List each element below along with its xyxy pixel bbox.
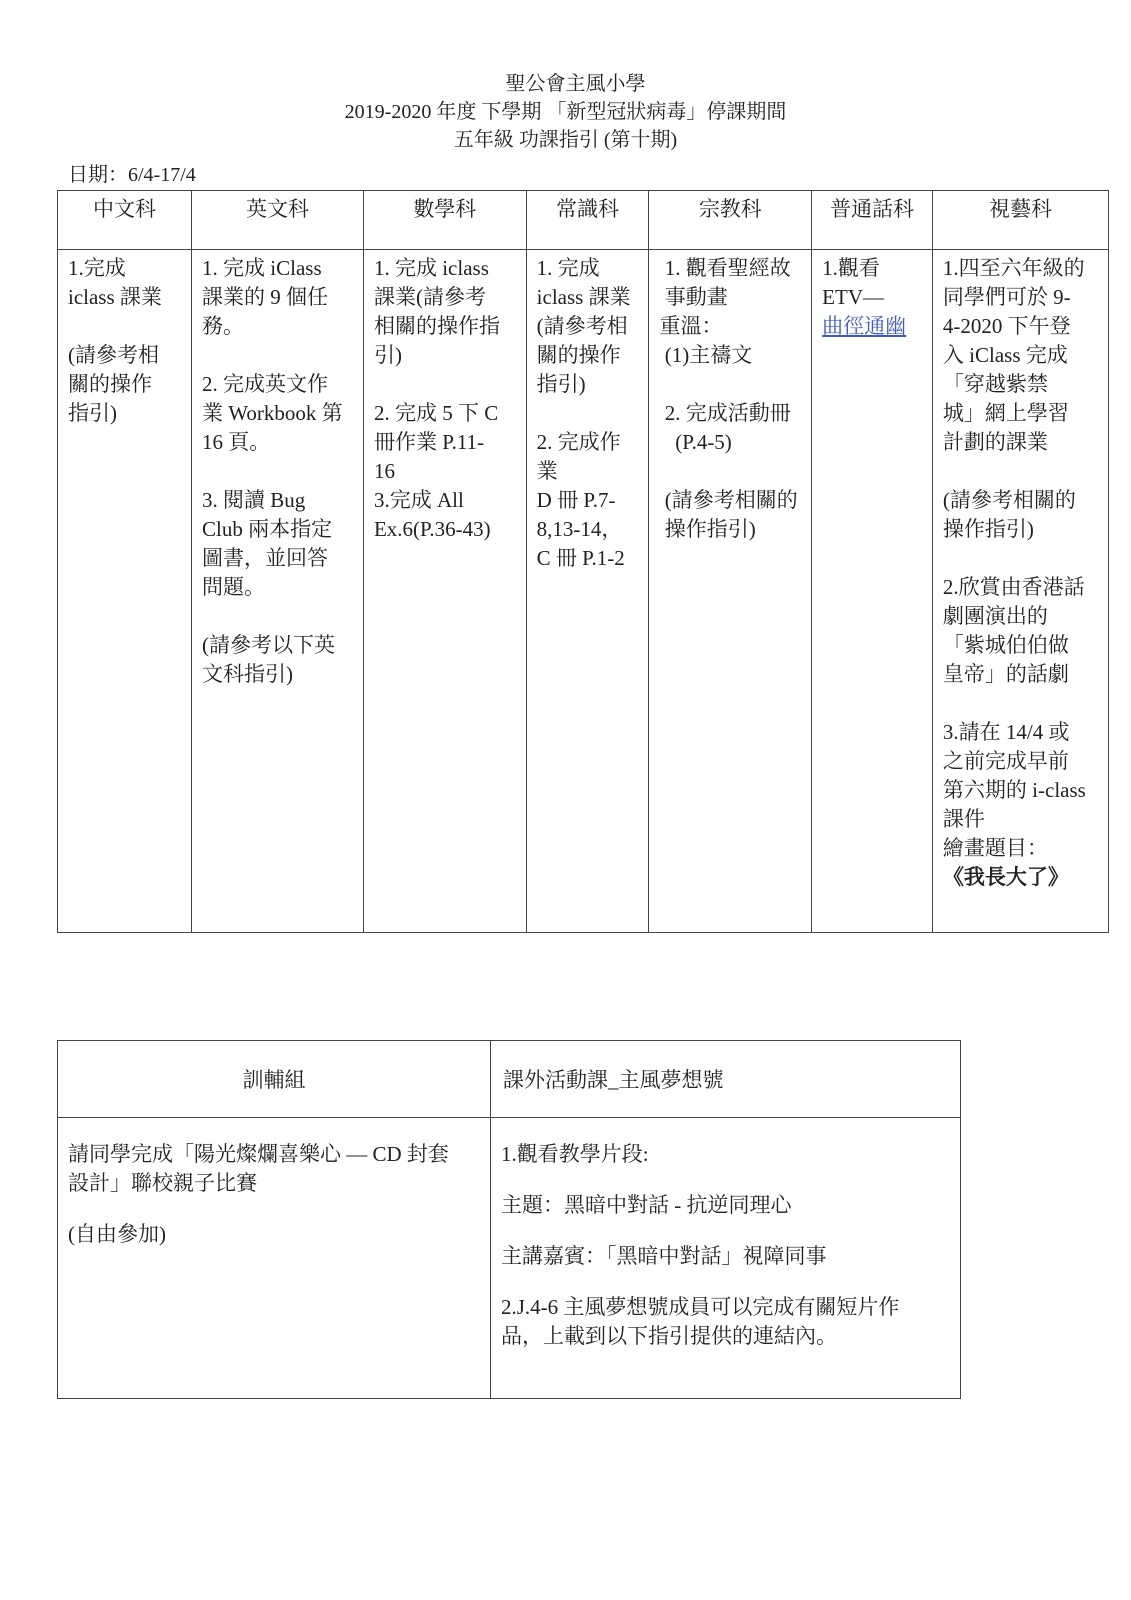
cell-text-line: 城」網上學習 bbox=[943, 399, 1102, 428]
school-name: 聖公會主風小學 bbox=[0, 70, 1131, 98]
cell-text-line: ETV— bbox=[822, 283, 926, 312]
cell-text-line: 「穿越紫禁 bbox=[943, 370, 1102, 399]
cell-text-line: (請參考相 bbox=[537, 312, 643, 341]
subjects-homework-table: 中文科 英文科 數學科 常識科 宗教科 普通話科 視藝科 1.完成iclass … bbox=[57, 190, 1109, 933]
cell-text-line: 相關的操作指 bbox=[374, 312, 520, 341]
column-header-english: 英文科 bbox=[192, 191, 364, 250]
cell-text-line: 課件 bbox=[943, 805, 1102, 834]
cell-text-line: 第六期的 i-class bbox=[943, 776, 1102, 805]
paragraph: 主題：黑暗中對話 - 抗逆同理心 bbox=[501, 1191, 950, 1220]
paragraph: (自由參加) bbox=[68, 1220, 480, 1249]
document-header: 聖公會主風小學 2019-2020 年度 下學期 「新型冠狀病毒」停課期間 五年… bbox=[0, 70, 1131, 154]
cell-text-line: 務。 bbox=[202, 312, 357, 341]
cell-text-line: 事動畫 bbox=[659, 283, 805, 312]
column-header-extracurricular: 課外活動課_主風夢想號 bbox=[491, 1041, 961, 1118]
cell-text-line: 同學們可於 9- bbox=[943, 283, 1102, 312]
cell-text-line bbox=[202, 341, 357, 370]
term-title: 2019-2020 年度 下學期 「新型冠狀病毒」停課期間 bbox=[0, 98, 1131, 126]
cell-text-line: iclass 課業 bbox=[68, 283, 185, 312]
cell-text-line: (請參考以下英 bbox=[202, 631, 357, 660]
cell-text-line: 1. 完成 iClass bbox=[202, 254, 357, 283]
cell-text-line: 1.觀看 bbox=[822, 254, 926, 283]
paragraph: 2.J.4-6 主風夢想號成員可以完成有關短片作 品，上載到以下指引提供的連結內… bbox=[501, 1293, 950, 1351]
cell-text-line: 之前完成早前 bbox=[943, 747, 1102, 776]
cell-text-line: 2. 完成活動冊 bbox=[659, 399, 805, 428]
column-header-math: 數學科 bbox=[363, 191, 526, 250]
cell-text-line: 問題。 bbox=[202, 573, 357, 602]
cell-text-line: 文科指引) bbox=[202, 660, 357, 689]
cell-guidance: 請同學完成「陽光燦爛喜樂心 — CD 封套 設計」聯校親子比賽(自由參加) bbox=[58, 1118, 491, 1399]
activities-header-row: 訓輔組 課外活動課_主風夢想號 bbox=[58, 1041, 961, 1118]
cell-text-line bbox=[537, 399, 643, 428]
cell-text-line: 2. 完成英文作 bbox=[202, 370, 357, 399]
paragraph: 主講嘉賓：「黑暗中對話」視障同事 bbox=[501, 1242, 950, 1271]
cell-text-line: (請參考相 bbox=[68, 341, 185, 370]
cell-text-line: (請參考相關的 bbox=[659, 486, 805, 515]
cell-text-line: 1. 觀看聖經故 bbox=[659, 254, 805, 283]
cell-text-line: 關的操作 bbox=[68, 370, 185, 399]
column-header-visual-arts: 視藝科 bbox=[932, 191, 1108, 250]
cell-text-line: 3. 閱讀 Bug bbox=[202, 486, 357, 515]
cell-text-line bbox=[659, 457, 805, 486]
cell-chinese: 1.完成iclass 課業(請參考相關的操作指引) bbox=[58, 250, 192, 933]
activities-table: 訓輔組 課外活動課_主風夢想號 請同學完成「陽光燦爛喜樂心 — CD 封套 設計… bbox=[57, 1040, 961, 1399]
putonghua-lines: 1.觀看ETV— bbox=[822, 254, 926, 312]
cell-text-line: 劇團演出的 bbox=[943, 602, 1102, 631]
cell-religion: 1. 觀看聖經故 事動畫重溫： (1)主禱文 2. 完成活動冊 (P.4-5) … bbox=[649, 250, 812, 933]
cell-text-line: (1)主禱文 bbox=[659, 341, 805, 370]
cell-text-line bbox=[943, 457, 1102, 486]
cell-text-line: Ex.6(P.36-43) bbox=[374, 515, 520, 544]
cell-text-line: D 冊 P.7- bbox=[537, 486, 643, 515]
cell-text-line: 16 頁。 bbox=[202, 428, 357, 457]
cell-visual-arts: 1.四至六年級的同學們可於 9-4-2020 下午登入 iClass 完成「穿越… bbox=[932, 250, 1108, 933]
subjects-header-row: 中文科 英文科 數學科 常識科 宗教科 普通話科 視藝科 bbox=[58, 191, 1109, 250]
cell-text-line: 1.四至六年級的 bbox=[943, 254, 1102, 283]
cell-english: 1. 完成 iClass課業的 9 個任務。2. 完成英文作業 Workbook… bbox=[192, 250, 364, 933]
paragraph: 請同學完成「陽光燦爛喜樂心 — CD 封套 設計」聯校親子比賽 bbox=[68, 1140, 480, 1198]
cell-text-line: 課業(請參考 bbox=[374, 283, 520, 312]
cell-text-line: 3.完成 All bbox=[374, 486, 520, 515]
column-header-guidance: 訓輔組 bbox=[58, 1041, 491, 1118]
cell-text-line: 16 bbox=[374, 457, 520, 486]
cell-text-line bbox=[943, 689, 1102, 718]
cell-general-studies: 1. 完成iclass 課業(請參考相關的操作指引)2. 完成作業D 冊 P.7… bbox=[526, 250, 649, 933]
paragraph: 1.觀看教學片段: bbox=[501, 1140, 950, 1169]
cell-text-line: 操作指引) bbox=[943, 515, 1102, 544]
cell-text-line: 圖書，並回答 bbox=[202, 544, 357, 573]
cell-text-line: 指引) bbox=[68, 399, 185, 428]
cell-text-line: 重溫： bbox=[659, 312, 805, 341]
cell-text-line bbox=[202, 457, 357, 486]
cell-text-line: 1. 完成 bbox=[537, 254, 643, 283]
cell-text-line bbox=[659, 370, 805, 399]
cell-text-line: 冊作業 P.11- bbox=[374, 428, 520, 457]
cell-text-line bbox=[374, 370, 520, 399]
cell-text-line: 3.請在 14/4 或 bbox=[943, 718, 1102, 747]
etv-video-link[interactable]: 曲徑通幽 bbox=[822, 312, 926, 341]
cell-text-line: 1.完成 bbox=[68, 254, 185, 283]
cell-extracurricular: 1.觀看教學片段:主題：黑暗中對話 - 抗逆同理心主講嘉賓：「黑暗中對話」視障同… bbox=[491, 1118, 961, 1399]
cell-text-line: 計劃的課業 bbox=[943, 428, 1102, 457]
cell-text-line: 繪畫題目： bbox=[943, 834, 1102, 863]
cell-text-line bbox=[943, 544, 1102, 573]
cell-text-line: 入 iClass 完成 bbox=[943, 341, 1102, 370]
cell-text-line: iclass 課業 bbox=[537, 283, 643, 312]
cell-text-line: 2.欣賞由香港話 bbox=[943, 573, 1102, 602]
column-header-general-studies: 常識科 bbox=[526, 191, 649, 250]
cell-text-line: 2. 完成 5 下 C bbox=[374, 399, 520, 428]
subjects-content-row: 1.完成iclass 課業(請參考相關的操作指引) 1. 完成 iClass課業… bbox=[58, 250, 1109, 933]
cell-text-line: (請參考相關的 bbox=[943, 486, 1102, 515]
cell-text-line: 2. 完成作 bbox=[537, 428, 643, 457]
cell-text-line: 1. 完成 iclass bbox=[374, 254, 520, 283]
cell-text-line bbox=[68, 312, 185, 341]
column-header-religion: 宗教科 bbox=[649, 191, 812, 250]
drawing-topic: 《我長大了》 bbox=[943, 863, 1102, 892]
cell-math: 1. 完成 iclass課業(請參考相關的操作指引)2. 完成 5 下 C冊作業… bbox=[363, 250, 526, 933]
cell-putonghua: 1.觀看ETV— 曲徑通幽 bbox=[812, 250, 933, 933]
visual-arts-lines: 1.四至六年級的同學們可於 9-4-2020 下午登入 iClass 完成「穿越… bbox=[943, 254, 1102, 863]
cell-text-line: 「紫城伯伯做 bbox=[943, 631, 1102, 660]
column-header-chinese: 中文科 bbox=[58, 191, 192, 250]
cell-text-line: 4-2020 下午登 bbox=[943, 312, 1102, 341]
guide-title: 五年級 功課指引 (第十期) bbox=[0, 126, 1131, 154]
activities-content-row: 請同學完成「陽光燦爛喜樂心 — CD 封套 設計」聯校親子比賽(自由參加) 1.… bbox=[58, 1118, 961, 1399]
cell-text-line: C 冊 P.1-2 bbox=[537, 544, 643, 573]
cell-text-line: 業 Workbook 第 bbox=[202, 399, 357, 428]
date-range: 日期：6/4-17/4 bbox=[68, 158, 196, 187]
cell-text-line: 皇帝」的話劇 bbox=[943, 660, 1102, 689]
cell-text-line bbox=[202, 602, 357, 631]
cell-text-line: 業 bbox=[537, 457, 643, 486]
column-header-putonghua: 普通話科 bbox=[812, 191, 933, 250]
cell-text-line: 指引) bbox=[537, 370, 643, 399]
cell-text-line: (P.4-5) bbox=[659, 428, 805, 457]
cell-text-line: 8,13-14， bbox=[537, 515, 643, 544]
cell-text-line: 操作指引) bbox=[659, 515, 805, 544]
cell-text-line: 課業的 9 個任 bbox=[202, 283, 357, 312]
cell-text-line: 關的操作 bbox=[537, 341, 643, 370]
cell-text-line: 引) bbox=[374, 341, 520, 370]
cell-text-line: Club 兩本指定 bbox=[202, 515, 357, 544]
